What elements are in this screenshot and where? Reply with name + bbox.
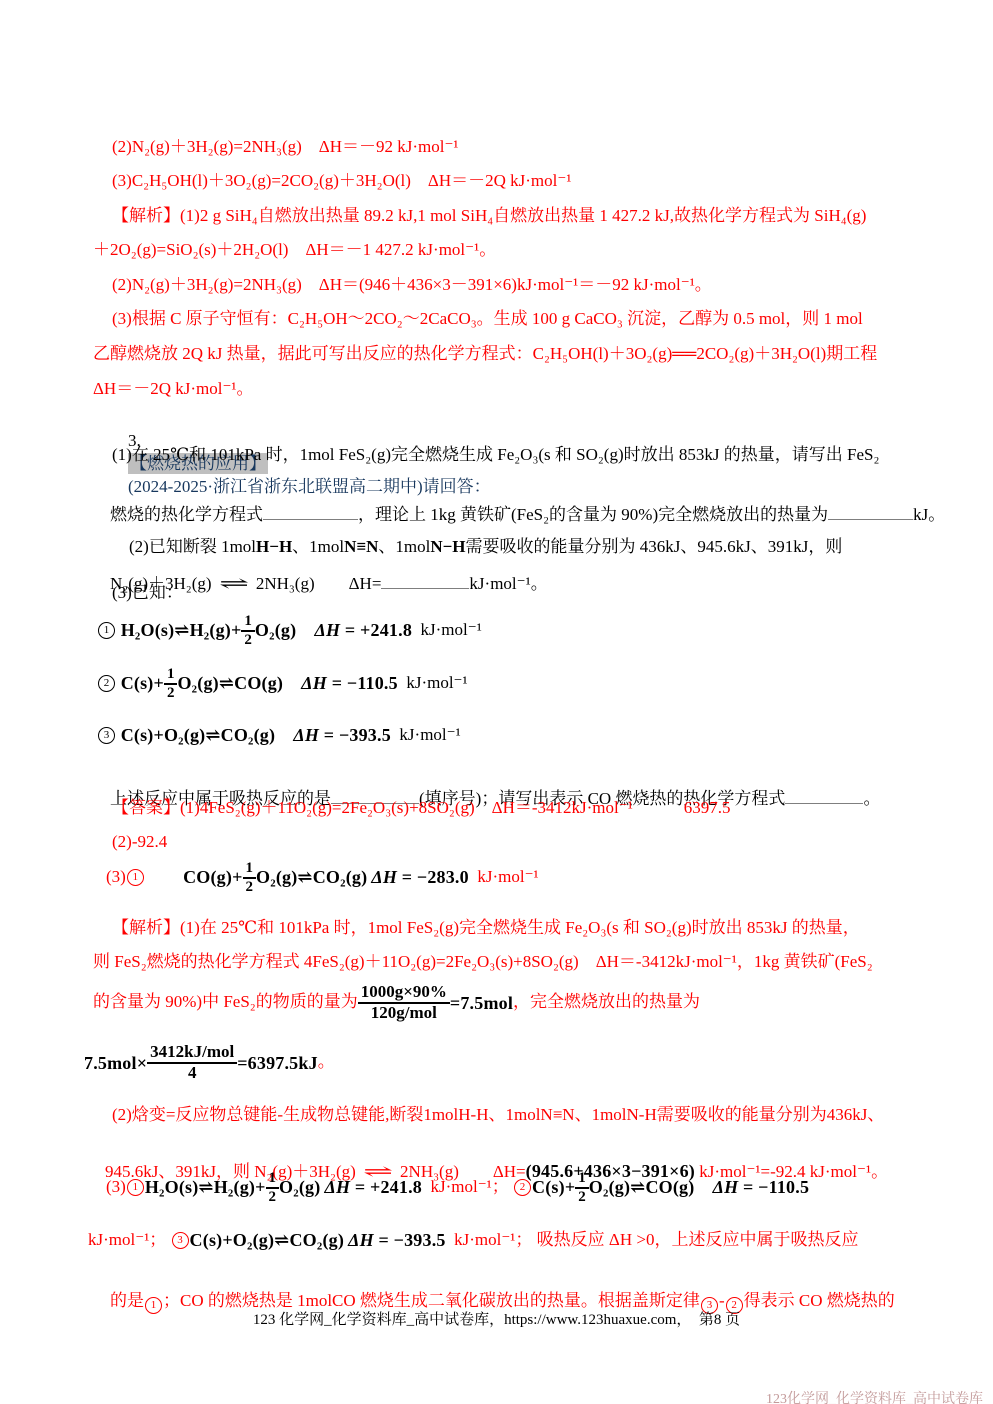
analysis-line-4: (3)根据 C 原子守恒有：C₂H₅OH～2CO₂～2CaCO₃。生成 100 … — [112, 308, 863, 331]
circled-number-2: 2 — [98, 675, 115, 692]
answer-eq-ammonia: (2)N₂(g)＋3H₂(g)=2NH₃(g) ΔH＝－92 kJ·mol⁻¹ — [112, 136, 459, 159]
explanation-line-3: 的含量为 90%)中 FeS₂的物质的量为1000g×90%120g/mol=7… — [93, 983, 700, 1022]
analysis-line-6: ΔH＝－2Q kJ·mol⁻¹。 — [93, 378, 254, 401]
fraction-one-half: 12 — [575, 1170, 589, 1205]
heat-fraction: 3412kJ/mol4 — [147, 1043, 237, 1082]
explanation-line-2: 则 FeS₂燃烧的热化学方程式 4FeS₂(g)＋11O₂(g)=2Fe₂O₃(… — [93, 951, 873, 974]
analysis-line-1: 【解析】(1)2 g SiH₄自燃放出热量 89.2 kJ,1 mol SiH₄… — [112, 205, 866, 228]
circled-number-3: 3 — [172, 1232, 189, 1249]
explanation-part3-line1: (3)1H₂O(s)⇌H₂(g)+12O₂(g) ΔH = +241.8 kJ·… — [106, 1170, 809, 1205]
delta-h: ΔH — [320, 1175, 350, 1199]
q3-part3-intro: (3)已知： — [112, 582, 183, 605]
page-footer: 123 化学网_化学资料库_高中试卷库，https://www.123huaxu… — [0, 1308, 993, 1329]
circled-number-2: 2 — [514, 1179, 531, 1196]
document-page: (2)N₂(g)＋3H₂(g)=2NH₃(g) ΔH＝－92 kJ·mol⁻¹ … — [0, 0, 993, 1404]
delta-h: ΔH — [275, 723, 319, 747]
analysis-line-2: ＋2O₂(g)=SiO₂(s)＋2H₂O(l) ΔH＝－1 427.2 kJ·m… — [93, 239, 496, 262]
fraction-one-half: 12 — [164, 666, 178, 701]
explanation-line-1: 【解析】(1)在 25℃和 101kPa 时，1mol FeS₂(g)完全燃烧生… — [112, 917, 860, 940]
analysis-line-3: (2)N₂(g)＋3H₂(g)=2NH₃(g) ΔH＝(946＋436×3－39… — [112, 274, 712, 297]
answer-part2: (2)-92.4 — [112, 831, 167, 854]
watermark: 123化学网_化学资料库_高中试卷库 — [766, 1388, 983, 1404]
q3-part1-line1: (1)在 25℃和 101kPa 时，1mol FeS₂(g)完全燃烧生成 Fe… — [112, 444, 879, 467]
given-eq-1: 1 H₂O(s)⇌H₂(g)+12O₂(g) ΔH = +241.8 kJ·mo… — [97, 613, 482, 648]
given-eq-3: 3 C(s)+O₂(g)⇌CO₂(g) ΔH = −393.5 kJ·mol⁻¹ — [97, 723, 461, 747]
delta-h: ΔH — [694, 1175, 738, 1199]
answer-eq-ethanol: (3)C₂H₅OH(l)＋3O₂(g)=2CO₂(g)＋3H₂O(l) ΔH＝－… — [112, 170, 571, 193]
fraction-one-half: 12 — [243, 860, 257, 895]
answer-blank — [785, 785, 863, 804]
circled-number-1: 1 — [127, 1179, 144, 1196]
explanation-part3-line2: kJ·mol⁻¹； 3C(s)+O₂(g)⇌CO₂(g) ΔH = −393.5… — [88, 1228, 858, 1252]
answer-heading-line: 【答案】(1)4FeS₂(g)＋11O₂(g)=2Fe₂O₃(s)+8SO₂(g… — [112, 797, 731, 820]
heat-calculation: 7.5mol×3412kJ/mol4=6397.5kJ。 — [84, 1043, 335, 1082]
circled-number-3: 3 — [98, 727, 115, 744]
circled-number-1: 1 — [98, 622, 115, 639]
answer-part3-eq: (3)1 CO(g)+12O₂(g)⇌CO₂(g) ΔH = −283.0 kJ… — [106, 860, 539, 895]
given-eq-2: 2 C(s)+12O₂(g)⇌CO(g) ΔH = −110.5 kJ·mol⁻… — [97, 666, 468, 701]
delta-h: ΔH — [344, 1228, 374, 1252]
answer-blank — [381, 570, 469, 589]
analysis-line-5: 乙醇燃烧放 2Q kJ 热量，据此可写出反应的热化学方程式：C₂H₅OH(l)＋… — [93, 343, 877, 366]
fraction-one-half: 12 — [266, 1170, 280, 1205]
equilibrium-arrow-icon: ⇌ — [219, 573, 249, 596]
delta-h: ΔH — [367, 865, 397, 889]
delta-h: ΔH — [296, 618, 340, 642]
delta-h: ΔH — [283, 671, 327, 695]
circled-number-1: 1 — [127, 869, 144, 886]
explanation-part2-line1: (2)焓变=反应物总键能-生成物总键能,断裂1molH-H、1molN≡N、1m… — [112, 1104, 884, 1127]
moles-fraction: 1000g×90%120g/mol — [358, 983, 450, 1022]
fraction-one-half: 12 — [241, 613, 255, 648]
